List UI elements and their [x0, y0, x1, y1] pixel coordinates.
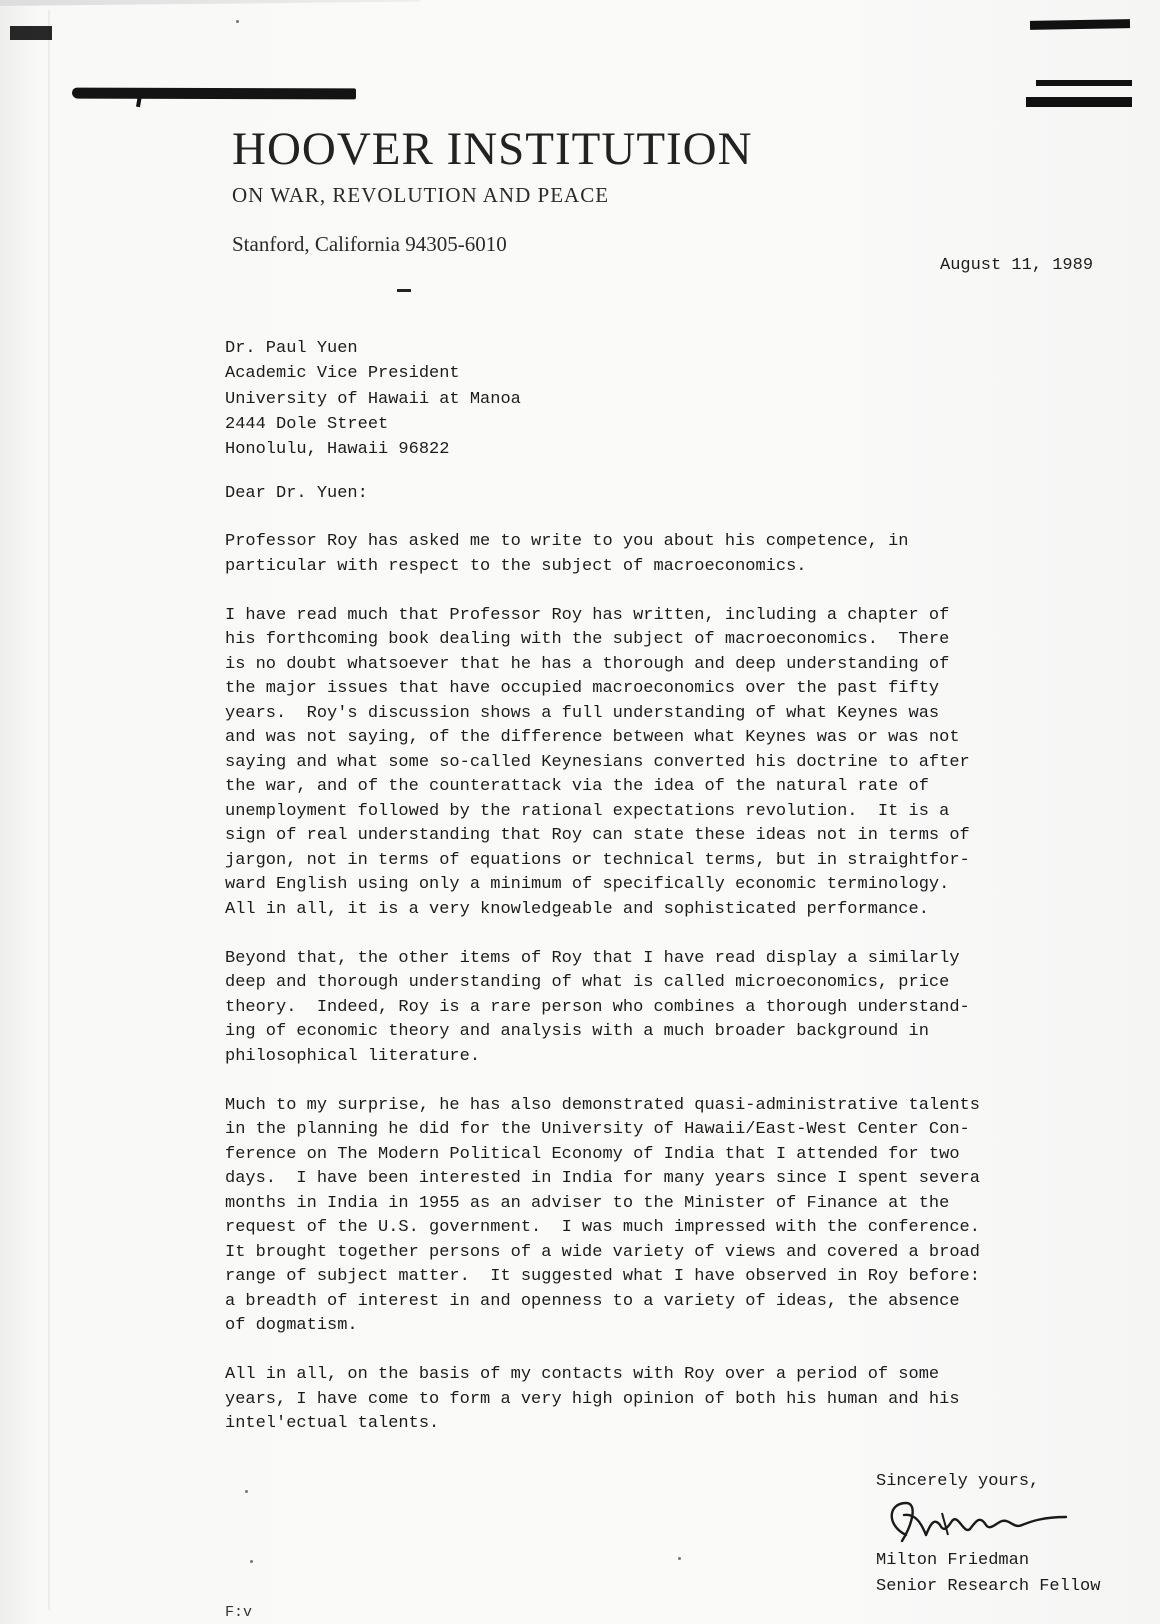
org-subtitle: ON WAR, REVOLUTION AND PEACE [232, 183, 753, 208]
scan-speck [678, 1557, 681, 1560]
recipient-line: Academic Vice President [225, 361, 521, 386]
signer-block: Milton Friedman Senior Research Fellow [876, 1548, 1100, 1600]
letterhead-rule [72, 88, 356, 100]
body-paragraph: I have read much that Professor Roy has … [225, 604, 1160, 923]
page-fold-shadow [48, 10, 50, 1610]
letterhead: HOOVER INSTITUTION ON WAR, REVOLUTION AN… [232, 126, 753, 257]
scan-speck [245, 1490, 248, 1493]
scan-artifact [1026, 97, 1132, 107]
valediction: Sincerely yours, [876, 1470, 1039, 1494]
scan-artifact [1030, 19, 1130, 30]
letter-body: Professor Roy has asked me to write to y… [225, 530, 1160, 1461]
letter-date: August 11, 1989 [940, 256, 1093, 275]
signer-title: Senior Research Fellow [876, 1574, 1100, 1600]
body-paragraph: Beyond that, the other items of Roy that… [225, 947, 1160, 1070]
scan-artifact [1036, 80, 1132, 86]
typist-initials: F:v [225, 1604, 252, 1621]
recipient-line: University of Hawaii at Manoa [225, 387, 521, 412]
body-paragraph: Much to my surprise, he has also demonst… [225, 1094, 1160, 1339]
recipient-line: Dr. Paul Yuen [225, 336, 521, 361]
org-address: Stanford, California 94305-6010 [232, 232, 753, 257]
scan-speck [250, 1560, 253, 1563]
recipient-line: 2444 Dole Street [225, 412, 521, 437]
salutation: Dear Dr. Yuen: [225, 484, 368, 503]
body-paragraph: Professor Roy has asked me to write to y… [225, 530, 1160, 579]
handwritten-signature [876, 1495, 1116, 1547]
scan-speck [236, 20, 239, 23]
recipient-line: Honolulu, Hawaii 96822 [225, 437, 521, 462]
recipient-address: Dr. Paul Yuen Academic Vice President Un… [225, 336, 521, 462]
page-top-edge [0, 0, 420, 6]
letter-page: HOOVER INSTITUTION ON WAR, REVOLUTION AN… [0, 0, 1160, 1624]
signer-name: Milton Friedman [876, 1548, 1100, 1574]
letterhead-rule-drip [136, 95, 142, 108]
body-paragraph: All in all, on the basis of my contacts … [225, 1363, 1160, 1437]
scan-mark [397, 289, 411, 292]
org-name: HOOVER INSTITUTION [232, 126, 753, 173]
scan-artifact [10, 26, 52, 40]
